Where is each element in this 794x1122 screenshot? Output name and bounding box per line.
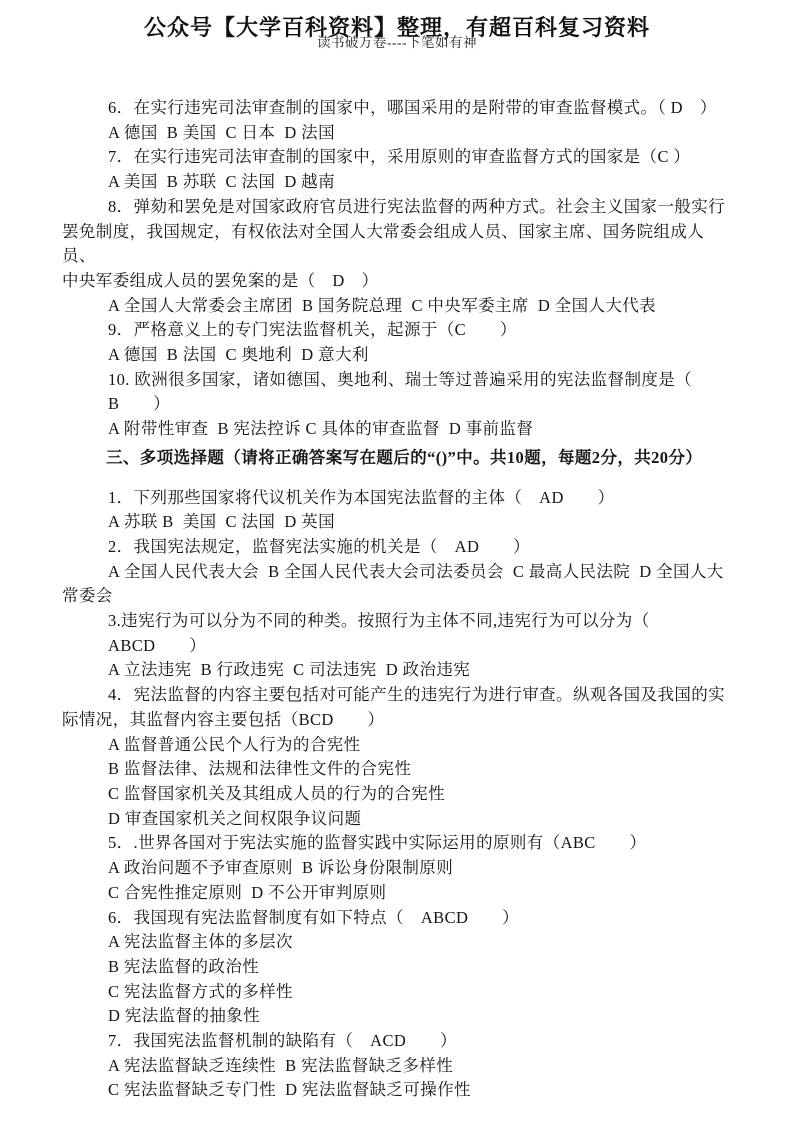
option-line: A 宪法监督缺乏连续性 B 宪法监督缺乏多样性 [62, 1054, 734, 1079]
option-line: C 宪法监督方式的多样性 [62, 980, 734, 1005]
option-line: A 政治问题不予审查原则 B 诉讼身份限制原则 [62, 856, 734, 881]
option-line: D 宪法监督的抽象性 [62, 1004, 734, 1029]
option-line: C 合宪性推定原则 D 不公开审判原则 [62, 881, 734, 906]
option-line: B 宪法监督的政治性 [62, 955, 734, 980]
question-line: 6．我国现有宪法监督制度有如下特点（ ABCD ） [62, 906, 734, 931]
question-line: 7．我国宪法监督机制的缺陷有（ ACD ） [62, 1029, 734, 1054]
option-line: C 监督国家机关及其组成人员的行为的合宪性 [62, 782, 734, 807]
continuation-line: 中央军委组成人员的罢免案的是（ D ） [62, 269, 734, 294]
section-heading: 三、多项选择题（请将正确答案写在题后的“()”中。共10题，每题2分，共20分） [62, 446, 734, 471]
question-line: 10. 欧洲很多国家，诸如德国、奥地利、瑞士等过普遍采用的宪法监督制度是（ B … [62, 368, 734, 417]
question-line: 4．宪法监督的内容主要包括对可能产生的违宪行为进行审查。纵观各国及我国的实 [62, 683, 734, 708]
option-line: A 全国人民代表大会 B 全国人民代表大会司法委员会 C 最高人民法院 D 全国… [62, 560, 734, 585]
document-page: 公众号【大学百科资料】整理，有超百科复习资料 读书破万卷----下笔如有神 6．… [0, 0, 794, 1122]
header-watermark: 读书破万卷----下笔如有神 [0, 31, 794, 51]
question-line: 8．弹劾和罢免是对国家政府官员进行宪法监督的两种方式。社会主义国家一般实行 [62, 195, 734, 220]
option-line: A 苏联 B 美国 C 法国 D 英国 [62, 510, 734, 535]
continuation-line: 际情况，其监督内容主要包括（BCD ） [62, 708, 734, 733]
option-line: D 审查国家机关之间权限争议问题 [62, 807, 734, 832]
question-line: 3.违宪行为可以分为不同的种类。按照行为主体不同,违宪行为可以分为（ ABCD … [62, 609, 734, 658]
option-line: A 全国人大常委会主席团 B 国务院总理 C 中央军委主席 D 全国人大代表 [62, 294, 734, 319]
option-line: A 立法违宪 B 行政违宪 C 司法违宪 D 政治违宪 [62, 658, 734, 683]
question-line: 6．在实行违宪司法审查制的国家中，哪国采用的是附带的审查监督模式。（ D ） [62, 96, 734, 121]
question-line: 9．严格意义上的专门宪法监督机关，起源于（C ） [62, 318, 734, 343]
question-line: 7．在实行违宪司法审查制的国家中，采用原则的审查监督方式的国家是（C ） [62, 145, 734, 170]
page-header: 公众号【大学百科资料】整理，有超百科复习资料 读书破万卷----下笔如有神 [0, 0, 794, 96]
option-line: B 监督法律、法规和法律性文件的合宪性 [62, 757, 734, 782]
continuation-line: 常委会 [62, 584, 734, 609]
question-line: 1．下列那些国家将代议机关作为本国宪法监督的主体（ AD ） [62, 486, 734, 511]
document-body: 6．在实行违宪司法审查制的国家中，哪国采用的是附带的审查监督模式。（ D ）A … [62, 96, 734, 1103]
question-line: 2．我国宪法规定，监督宪法实施的机关是（ AD ） [62, 535, 734, 560]
option-line: A 监督普通公民个人行为的合宪性 [62, 733, 734, 758]
option-line: A 德国 B 法国 C 奥地利 D 意大利 [62, 343, 734, 368]
option-line: A 德国 B 美国 C 日本 D 法国 [62, 121, 734, 146]
continuation-line: 罢免制度，我国规定，有权依法对全国人大常委会组成人员、国家主席、国务院组成人员、 [62, 220, 734, 269]
option-line: A 宪法监督主体的多层次 [62, 930, 734, 955]
option-line: A 附带性审查 B 宪法控诉 C 具体的审查监督 D 事前监督 [62, 417, 734, 442]
question-line: 5．.世界各国对于宪法实施的监督实践中实际运用的原则有（ABC ） [62, 831, 734, 856]
option-line: A 美国 B 苏联 C 法国 D 越南 [62, 170, 734, 195]
option-line: C 宪法监督缺乏专门性 D 宪法监督缺乏可操作性 [62, 1078, 734, 1103]
